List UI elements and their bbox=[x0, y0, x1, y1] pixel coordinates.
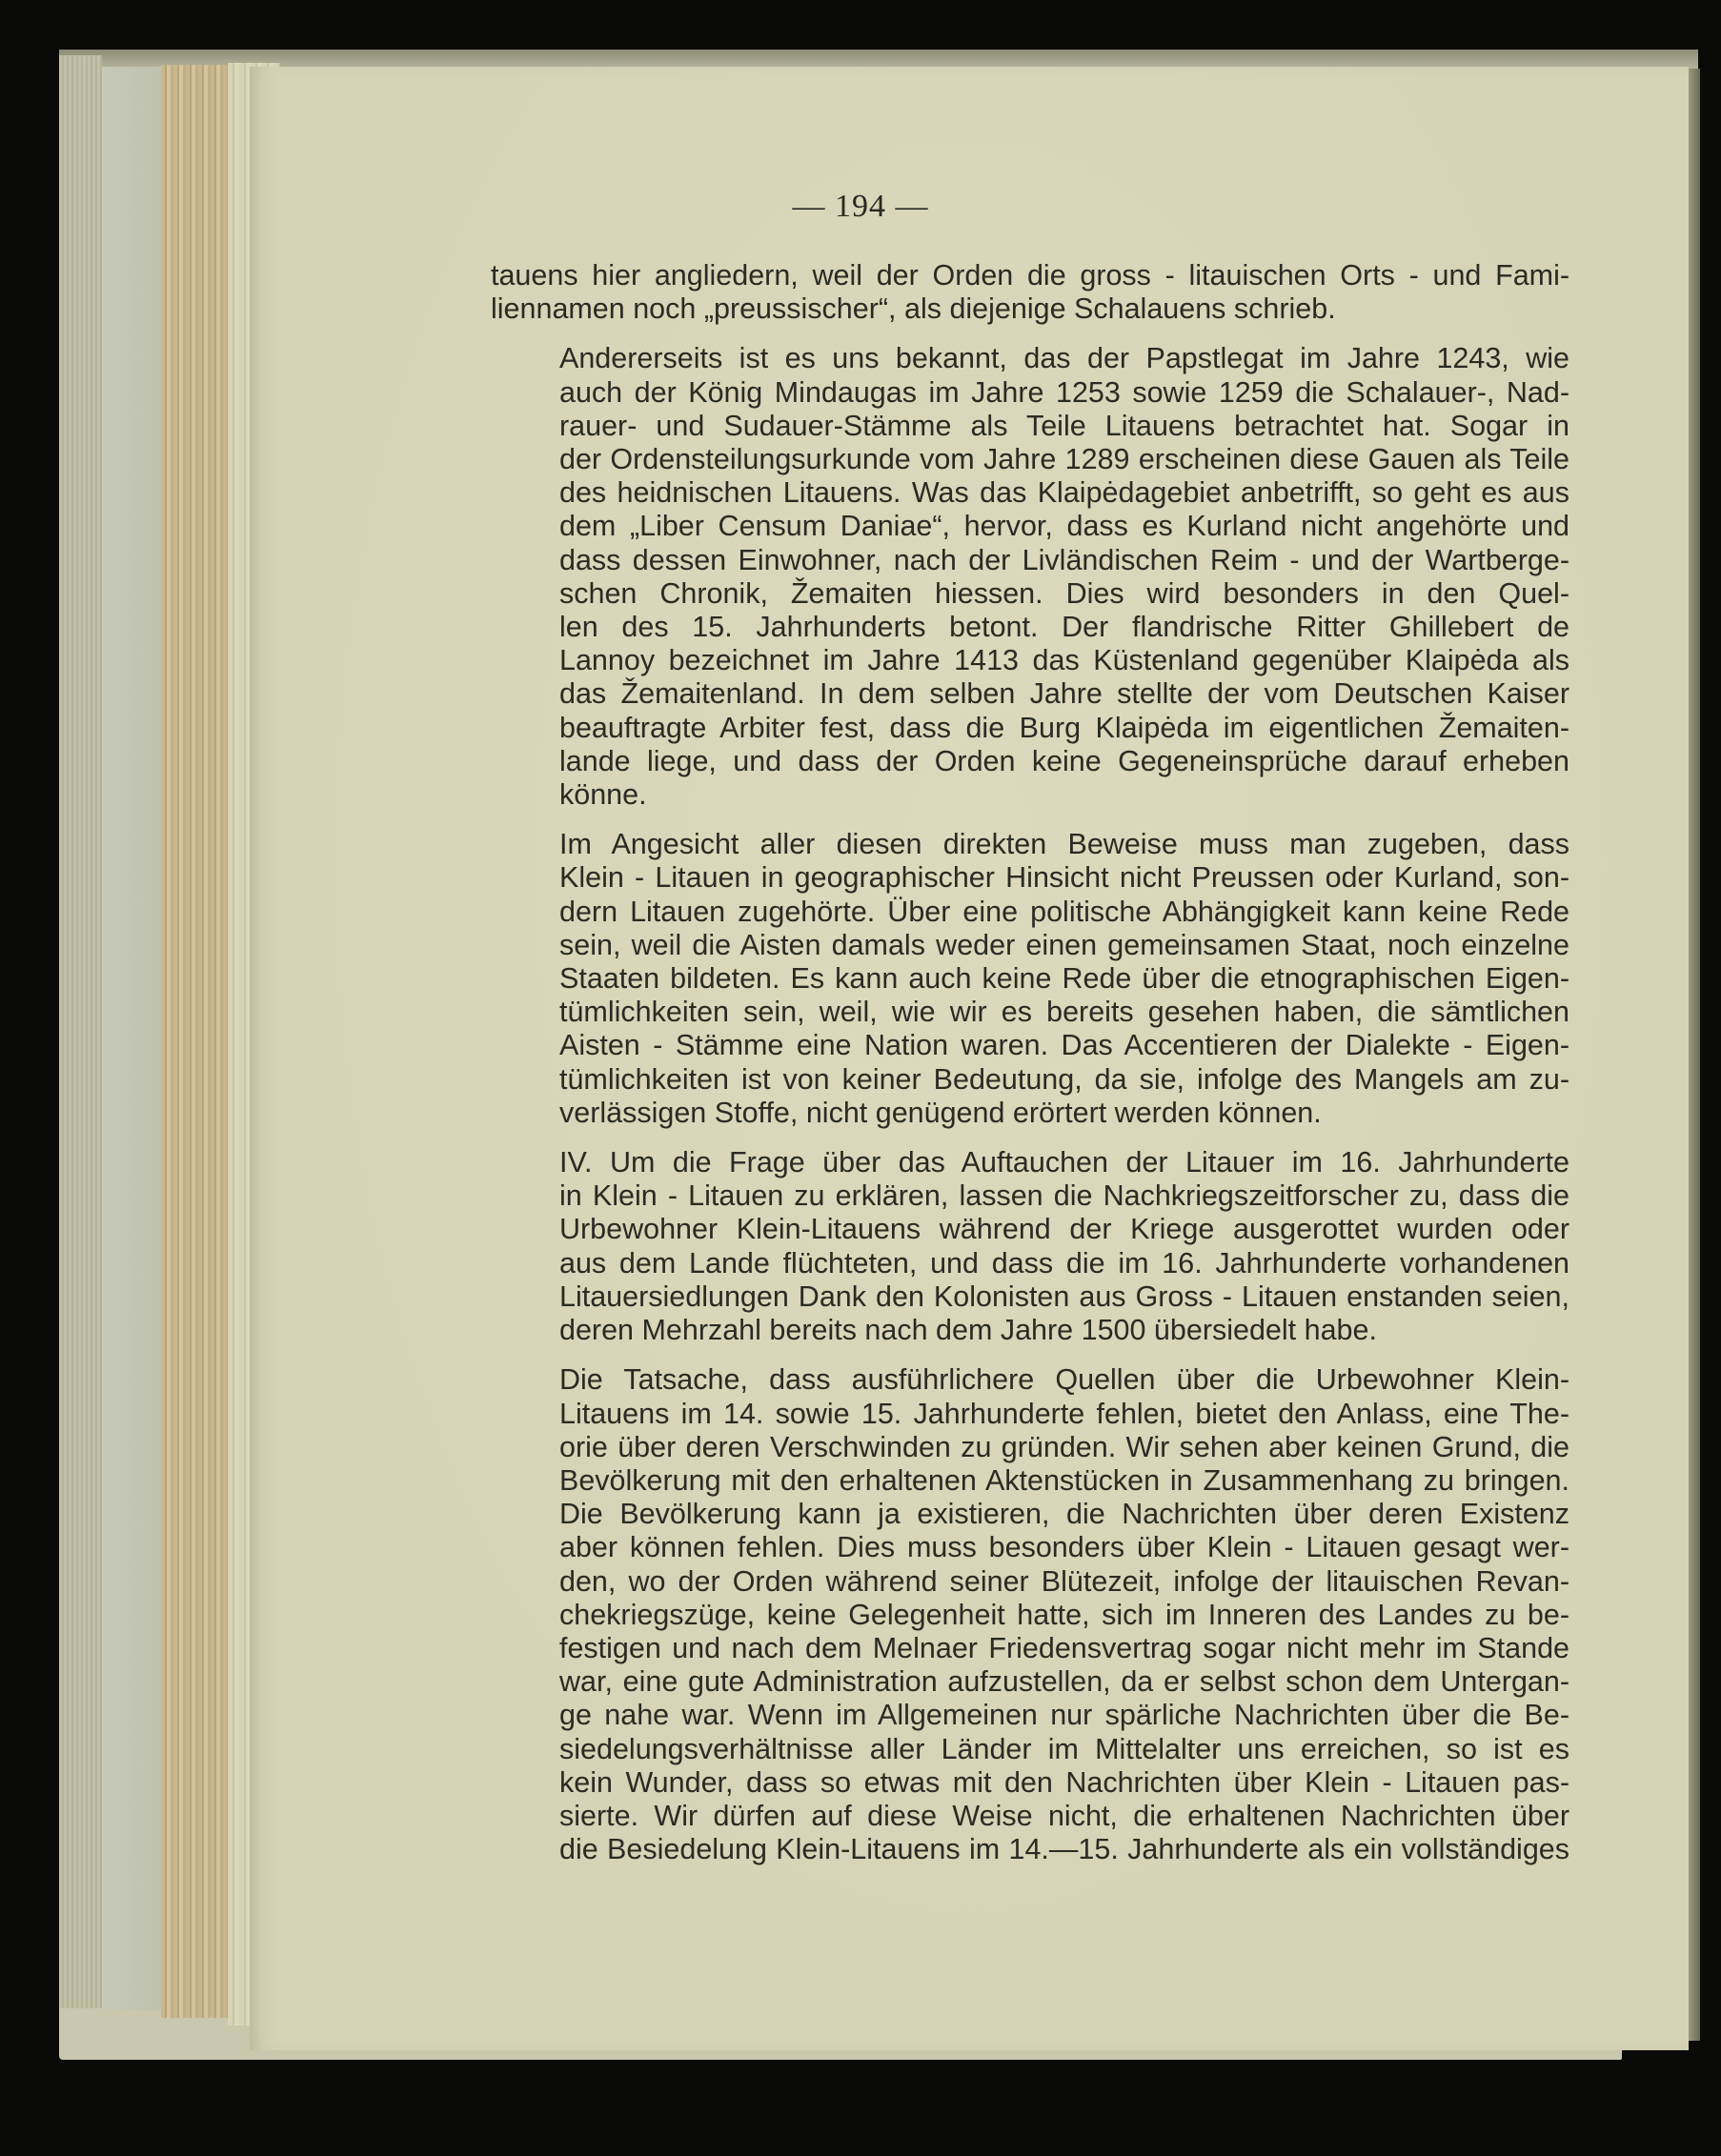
cloth-spine-edge bbox=[59, 55, 102, 2008]
text-line: aus dem Lande flüchteten, und dass die i… bbox=[491, 1247, 1569, 1280]
text-line: sein, weil die Aisten damals weder einen… bbox=[491, 929, 1569, 962]
text-line: Lannoy bezeichnet im Jahre 1413 das Küst… bbox=[491, 644, 1569, 677]
text-line: Staaten bildeten. Es kann auch keine Red… bbox=[491, 962, 1569, 996]
paragraph-3: Im Angesicht aller diesen direkten Bewei… bbox=[491, 828, 1569, 1130]
text-line: kein Wunder, dass so etwas mit den Nachr… bbox=[491, 1766, 1569, 1800]
paragraph-1: tauens hier angliedern, weil der Orden d… bbox=[491, 259, 1569, 326]
paragraph-2: Andererseits ist es uns bekannt, das der… bbox=[491, 342, 1569, 812]
text-line: sierte. Wir dürfen auf diese Weise nicht… bbox=[491, 1800, 1569, 1833]
body-text: tauens hier angliedern, weil der Orden d… bbox=[491, 259, 1569, 1883]
page-right-edge bbox=[1689, 69, 1700, 2041]
text-line: könne. bbox=[491, 778, 1569, 812]
text-line: Andererseits ist es uns bekannt, das der… bbox=[491, 342, 1569, 375]
text-line: dern Litauen zugehörte. Über eine politi… bbox=[491, 896, 1569, 929]
text-line: das Žemaitenland. In dem selben Jahre st… bbox=[491, 677, 1569, 711]
text-line: dass dessen Einwohner, nach der Livländi… bbox=[491, 544, 1569, 577]
text-line: tümlichkeiten ist von keiner Bedeutung, … bbox=[491, 1063, 1569, 1097]
text-line: deren Mehrzahl bereits nach dem Jahre 15… bbox=[491, 1314, 1569, 1347]
text-line: tümlichkeiten sein, weil, wie wir es ber… bbox=[491, 996, 1569, 1029]
page-stack-edges bbox=[161, 65, 228, 2018]
paragraph-4: IV. Um die Frage über das Auftauchen der… bbox=[491, 1146, 1569, 1347]
text-line: Im Angesicht aller diesen direkten Bewei… bbox=[491, 828, 1569, 861]
text-line: Klein - Litauen in geographischer Hinsic… bbox=[491, 861, 1569, 895]
text-line: Litauens im 14. sowie 15. Jahrhunderte f… bbox=[491, 1398, 1569, 1431]
text-line: verlässigen Stoffe, nicht genügend erört… bbox=[491, 1097, 1569, 1130]
text-line: IV. Um die Frage über das Auftauchen der… bbox=[491, 1146, 1569, 1179]
text-line: siedelungsverhältnisse aller Länder im M… bbox=[491, 1733, 1569, 1766]
paragraph-5: Die Tatsache, dass ausführlichere Quelle… bbox=[491, 1363, 1569, 1866]
text-line: rauer- und Sudauer-Stämme als Teile Lita… bbox=[491, 410, 1569, 443]
text-line: tauens hier angliedern, weil der Orden d… bbox=[491, 259, 1569, 292]
text-line: der Ordensteilungsurkunde vom Jahre 1289… bbox=[491, 443, 1569, 476]
text-line: Die Bevölkerung kann ja existieren, die … bbox=[491, 1498, 1569, 1531]
text-line: war, eine gute Administration aufzustell… bbox=[491, 1665, 1569, 1699]
text-line: in Klein - Litauen zu erklären, lassen d… bbox=[491, 1179, 1569, 1213]
text-line: schen Chronik, Žemaiten hiessen. Dies wi… bbox=[491, 577, 1569, 611]
text-line: orie über deren Verschwinden zu gründen.… bbox=[491, 1431, 1569, 1464]
text-line: den, wo der Orden während seiner Blüteze… bbox=[491, 1565, 1569, 1599]
text-line: len des 15. Jahrhunderts betont. Der fla… bbox=[491, 611, 1569, 644]
page-number: — 194 — bbox=[0, 189, 1721, 225]
text-line: ge nahe war. Wenn im Allgemeinen nur spä… bbox=[491, 1699, 1569, 1732]
endpaper bbox=[102, 67, 161, 2010]
text-line: Urbewohner Klein-Litauens während der Kr… bbox=[491, 1213, 1569, 1246]
text-line: beauftragte Arbiter fest, dass die Burg … bbox=[491, 712, 1569, 745]
text-line: liennamen noch „preussischer“, als dieje… bbox=[491, 292, 1569, 326]
text-line: aber können fehlen. Dies muss besonders … bbox=[491, 1531, 1569, 1564]
text-line: dem „Liber Censum Daniae“, hervor, dass … bbox=[491, 510, 1569, 543]
text-line: Bevölkerung mit den erhaltenen Aktenstüc… bbox=[491, 1464, 1569, 1498]
text-line: chekriegszüge, keine Gelegenheit hatte, … bbox=[491, 1599, 1569, 1632]
text-line: auch der König Mindaugas im Jahre 1253 s… bbox=[491, 376, 1569, 410]
text-line: des heidnischen Litauens. Was das Klaipė… bbox=[491, 476, 1569, 510]
text-line: lande liege, und dass der Orden keine Ge… bbox=[491, 745, 1569, 778]
text-line: Litauersiedlungen Dank den Kolonisten au… bbox=[491, 1280, 1569, 1314]
text-line: festigen und nach dem Melnaer Friedensve… bbox=[491, 1632, 1569, 1665]
text-line: Die Tatsache, dass ausführlichere Quelle… bbox=[491, 1363, 1569, 1397]
text-line: die Besiedelung Klein-Litauens im 14.—15… bbox=[491, 1833, 1569, 1866]
text-line: Aisten - Stämme eine Nation waren. Das A… bbox=[491, 1029, 1569, 1062]
